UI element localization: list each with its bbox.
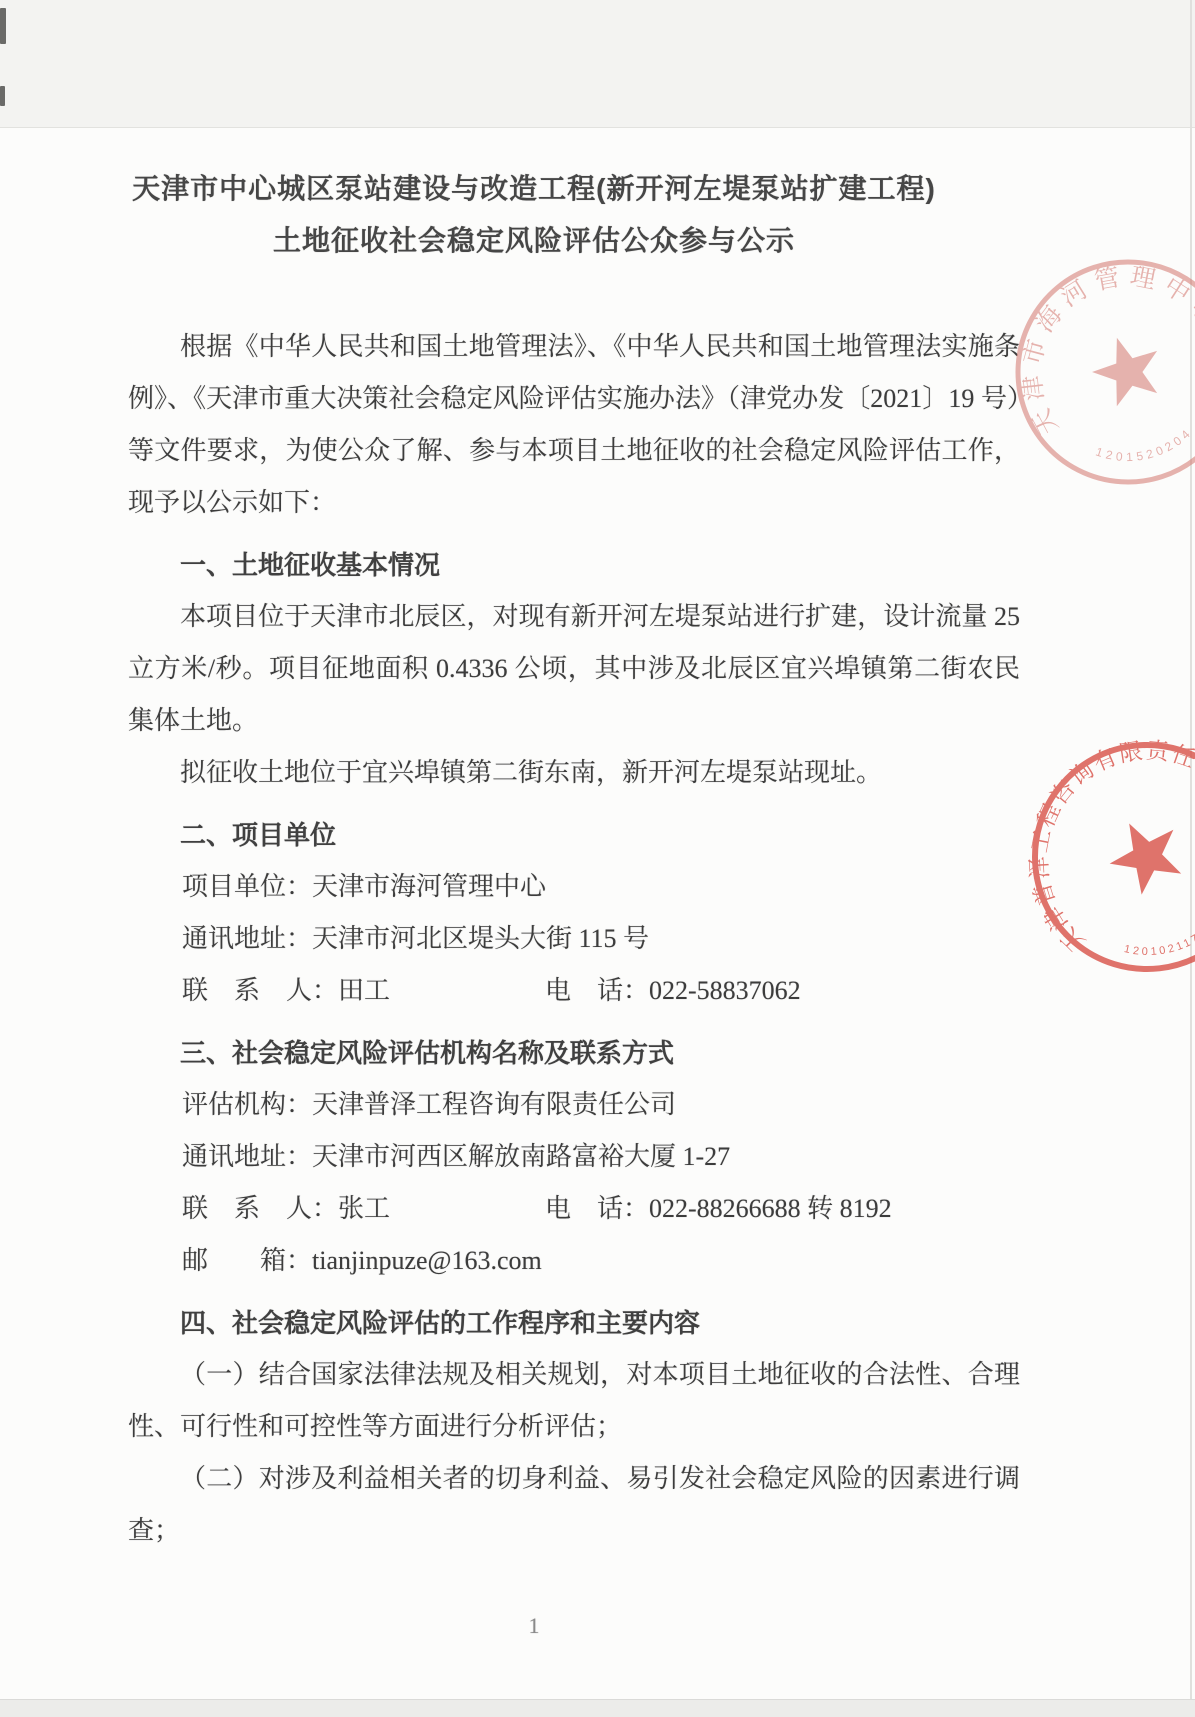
phone-field: 电 话：022-88266688 转 8192	[545, 1183, 892, 1235]
mail-address-row: 通讯地址：天津市河北区堤头大街 115 号	[128, 913, 1020, 965]
mail-address-row: 通讯地址：天津市河西区解放南路富裕大厦 1-27	[128, 1131, 1020, 1183]
field-value: 天津普泽工程咨询有限责任公司	[312, 1090, 676, 1119]
phone-number: 022-58837062	[649, 976, 801, 1005]
section-1-heading: 一、土地征收基本情况	[128, 539, 1020, 591]
field-value: 天津市河北区堤头大街 115 号	[312, 924, 649, 953]
scan-bottom-strip	[0, 1699, 1195, 1717]
intro-paragraph: 根据《中华人民共和国土地管理法》、《中华人民共和国土地管理法实施条例》、《天津市…	[128, 321, 1020, 529]
field-label: 联 系 人：	[182, 976, 338, 1005]
title-line-1: 天津市中心城区泵站建设与改造工程(新开河左堤泵站扩建工程)	[128, 163, 940, 215]
field-label: 电 话：	[545, 1194, 649, 1223]
field-label: 通讯地址：	[182, 924, 312, 953]
contact-person-row: 联 系 人：张工 电 话：022-88266688 转 8192	[128, 1183, 1020, 1235]
scan-artifact	[0, 86, 5, 106]
page-number: 1	[128, 1613, 1020, 1639]
field-label: 联 系 人：	[182, 1194, 338, 1223]
field-label: 邮 箱：	[182, 1246, 312, 1275]
field-label: 项目单位：	[182, 872, 312, 901]
scan-artifact	[0, 8, 6, 44]
section-4-paragraph: （二）对涉及利益相关者的切身利益、易引发社会稳定风险的因素进行调查；	[128, 1453, 1020, 1557]
document-title: 天津市中心城区泵站建设与改造工程(新开河左堤泵站扩建工程) 土地征收社会稳定风险…	[128, 163, 1020, 267]
section-4-paragraph: （一）结合国家法律法规及相关规划，对本项目土地征收的合法性、合理性、可行性和可控…	[128, 1349, 1020, 1453]
scan-top-band	[0, 0, 1195, 128]
section-1-paragraph: 本项目位于天津市北辰区，对现有新开河左堤泵站进行扩建，设计流量 25 立方米/秒…	[128, 591, 1020, 747]
title-line-2: 土地征收社会稳定风险评估公众参与公示	[128, 215, 940, 267]
section-2-heading: 二、项目单位	[128, 809, 1020, 861]
field-label: 通讯地址：	[182, 1142, 312, 1171]
field-value: 天津市河西区解放南路富裕大厦 1-27	[312, 1142, 730, 1171]
field-label: 电 话：	[545, 976, 649, 1005]
section-3-heading: 三、社会稳定风险评估机构名称及联系方式	[128, 1027, 1020, 1079]
email-address: tianjinpuze@163.com	[312, 1246, 542, 1275]
assessor-row: 评估机构：天津普泽工程咨询有限责任公司	[128, 1079, 1020, 1131]
field-value: 天津市海河管理中心	[312, 872, 546, 901]
field-value: 田工	[338, 976, 390, 1005]
field-label: 评估机构：	[182, 1090, 312, 1119]
section-4-heading: 四、社会稳定风险评估的工作程序和主要内容	[128, 1297, 1020, 1349]
section-1-paragraph: 拟征收土地位于宜兴埠镇第二街东南，新开河左堤泵站现址。	[128, 747, 1020, 799]
contact-person-row: 联 系 人：田工 电 话：022-58837062	[128, 965, 1020, 1017]
phone-number: 022-88266688 转 8192	[649, 1194, 892, 1223]
phone-field: 电 话：022-58837062	[545, 965, 801, 1017]
scanned-notice-page: 天津市中心城区泵站建设与改造工程(新开河左堤泵站扩建工程) 土地征收社会稳定风险…	[0, 0, 1195, 1717]
field-value: 张工	[338, 1194, 390, 1223]
document-body: 天津市中心城区泵站建设与改造工程(新开河左堤泵站扩建工程) 土地征收社会稳定风险…	[0, 127, 1195, 1639]
project-unit-row: 项目单位：天津市海河管理中心	[128, 861, 1020, 913]
email-row: 邮 箱：tianjinpuze@163.com	[128, 1235, 1020, 1287]
